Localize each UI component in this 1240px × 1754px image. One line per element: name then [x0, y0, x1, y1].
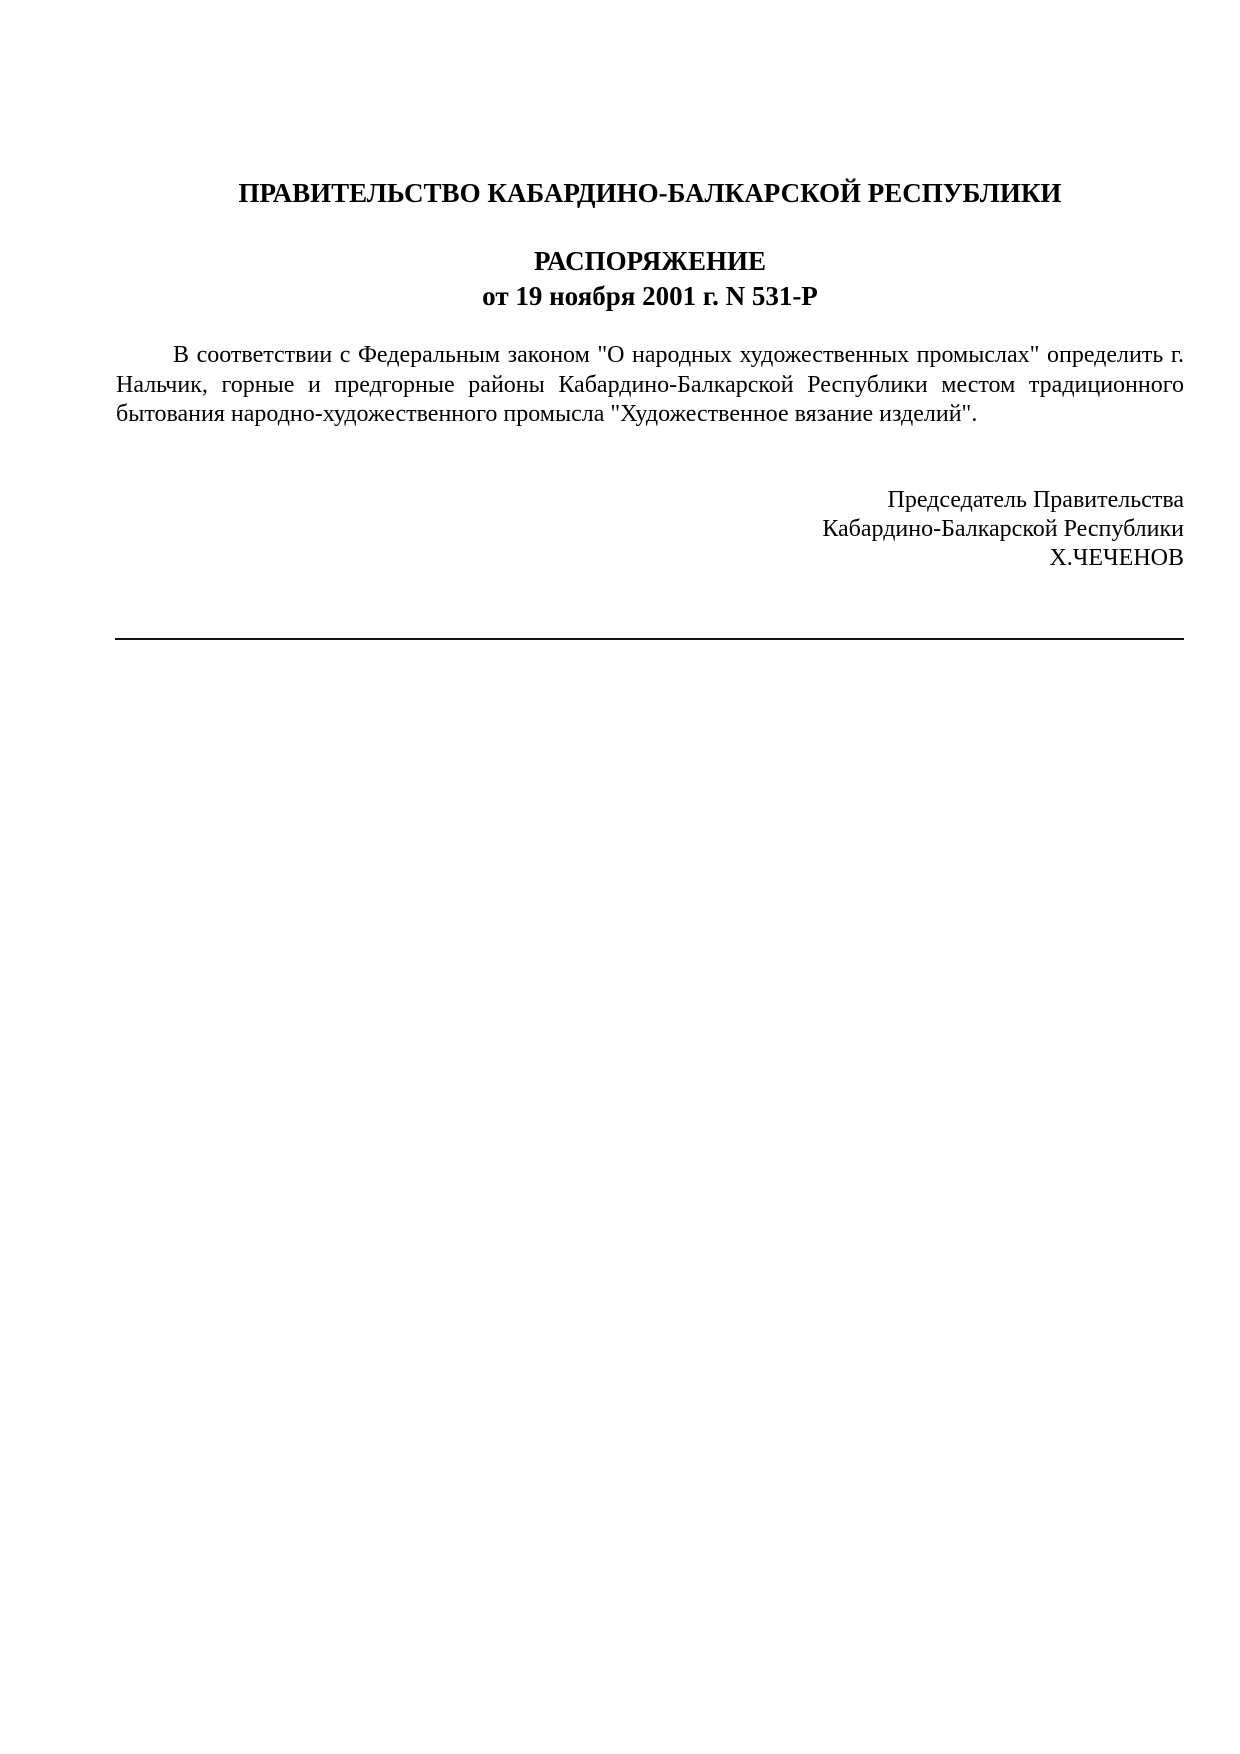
signature-block: Председатель Правительства Кабардино-Бал…	[822, 486, 1184, 573]
signatory-position-line1: Председатель Правительства	[822, 486, 1184, 515]
signatory-position-line2: Кабардино-Балкарской Республики	[822, 515, 1184, 544]
organization-title: ПРАВИТЕЛЬСТВО КАБАРДИНО-БАЛКАРСКОЙ РЕСПУ…	[0, 178, 1240, 209]
document-page: ПРАВИТЕЛЬСТВО КАБАРДИНО-БАЛКАРСКОЙ РЕСПУ…	[0, 0, 1240, 1754]
horizontal-divider	[115, 638, 1184, 640]
document-type: РАСПОРЯЖЕНИЕ	[0, 246, 1240, 277]
document-body: В соответствии с Федеральным законом "О …	[116, 341, 1184, 430]
document-date-number: от 19 ноября 2001 г. N 531-Р	[0, 281, 1240, 312]
signatory-name: Х.ЧЕЧЕНОВ	[822, 544, 1184, 573]
